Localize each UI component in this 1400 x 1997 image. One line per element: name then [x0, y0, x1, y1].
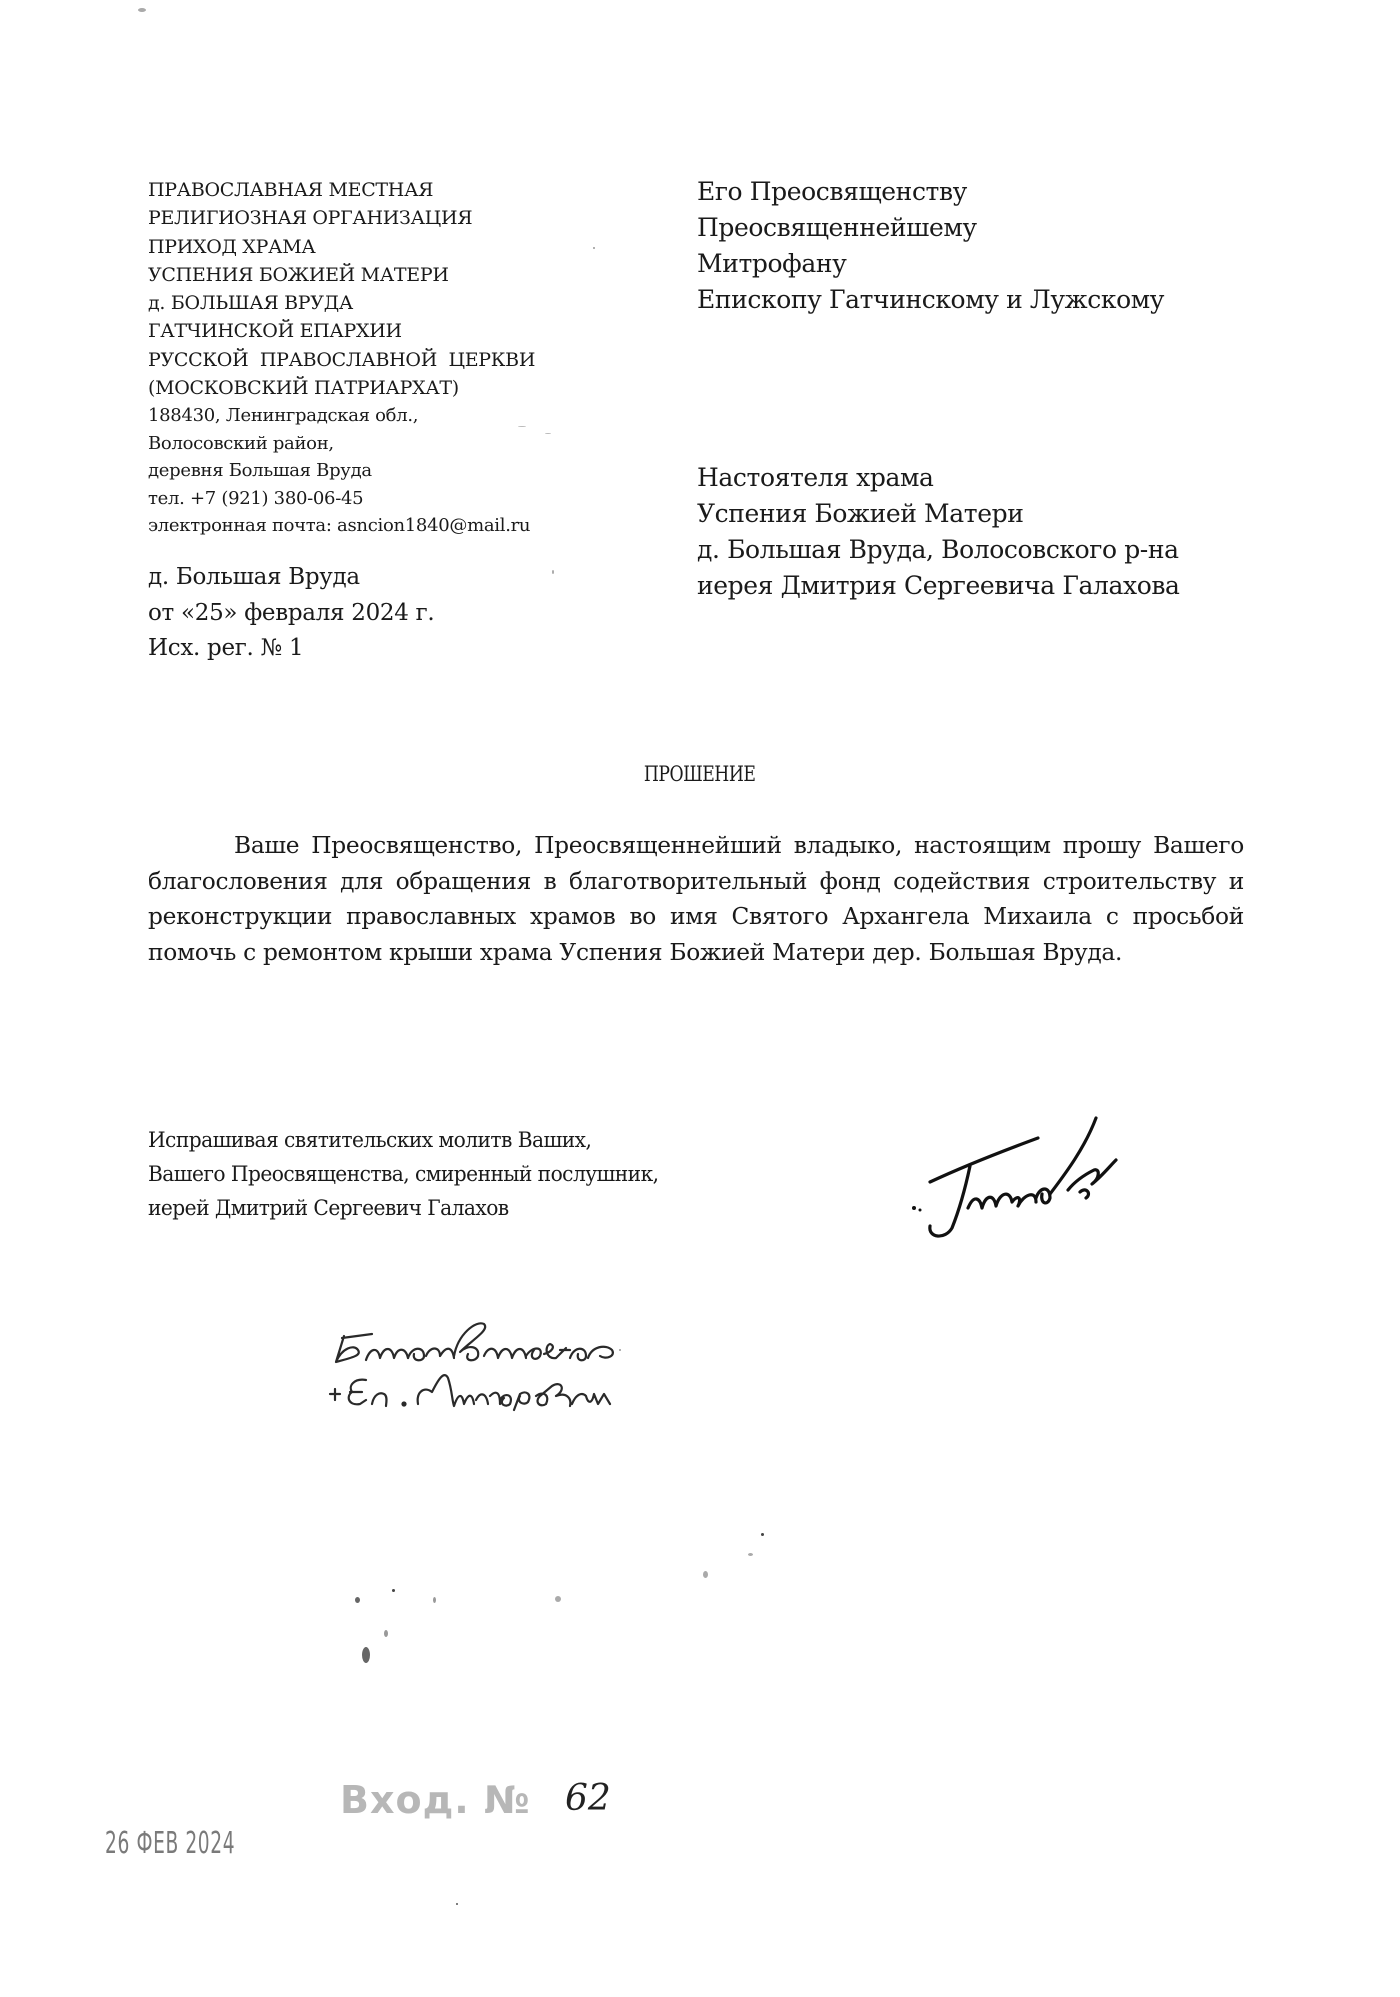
- speck: [355, 1597, 360, 1603]
- incoming-number-handwritten: 62: [565, 1778, 611, 1819]
- sender-block: Настоятеля храма Успения Божией Матери д…: [697, 460, 1180, 604]
- sender-org-header: ПРАВОСЛАВНАЯ МЕСТНАЯ РЕЛИГИОЗНАЯ ОРГАНИЗ…: [148, 176, 648, 540]
- sender-line: иерея Дмитрия Сергеевича Галахова: [697, 568, 1180, 604]
- sender-org-name: ПРАВОСЛАВНАЯ МЕСТНАЯ РЕЛИГИОЗНАЯ ОРГАНИЗ…: [148, 176, 648, 402]
- closing-line: иерей Дмитрий Сергеевич Галахов: [148, 1192, 659, 1226]
- sender-line: д. Большая Вруда, Волосовского р-на: [697, 532, 1180, 568]
- place-date-reg: д. Большая Вруда от «25» февраля 2024 г.…: [148, 560, 434, 667]
- outgoing-reg-number: Исх. рег. № 1: [148, 631, 434, 667]
- speck: [433, 1597, 436, 1603]
- addressee-line: Преосвященнейшему: [697, 210, 1164, 246]
- speck: [384, 1630, 388, 1637]
- speck: [703, 1571, 708, 1578]
- date-line: от «25» февраля 2024 г.: [148, 596, 434, 632]
- address-line: Волосовский район,: [148, 430, 648, 458]
- petition-body: Ваше Преосвященство, Преосвященнейший вл…: [148, 828, 1244, 970]
- place-line: д. Большая Вруда: [148, 560, 434, 596]
- speck: [555, 1596, 561, 1602]
- document-title: ПРОШЕНИЕ: [126, 762, 1274, 786]
- body-paragraph: Ваше Преосвященство, Преосвященнейший вл…: [148, 828, 1244, 970]
- address-line: 188430, Ленинградская обл.,: [148, 402, 648, 430]
- org-line: ПРИХОД ХРАМА: [148, 233, 648, 261]
- closing-block: Испрашивая святительских молитв Ваших, В…: [148, 1124, 659, 1226]
- speck: [761, 1533, 764, 1536]
- addressee-line: Митрофану: [697, 246, 1164, 282]
- speck: [518, 426, 526, 427]
- org-line: д. БОЛЬШАЯ ВРУДА: [148, 289, 648, 317]
- sender-line: Успения Божией Матери: [697, 496, 1180, 532]
- speck: [552, 570, 554, 574]
- incoming-number-stamp-label: Вход. №: [340, 1778, 531, 1822]
- speck: [392, 1589, 395, 1592]
- org-line: УСПЕНИЯ БОЖИЕЙ МАТЕРИ: [148, 261, 648, 289]
- speck: [748, 1553, 753, 1556]
- addressee-line: Его Преосвященству: [697, 174, 1164, 210]
- speck: [362, 1647, 370, 1663]
- email-line: электронная почта: asncion1840@mail.ru: [148, 512, 648, 540]
- speck: [138, 8, 146, 12]
- addressee-block: Его Преосвященству Преосвященнейшему Мит…: [697, 174, 1164, 318]
- received-date-stamp: 26 ФЕВ 2024: [105, 1826, 235, 1861]
- speck: [456, 1903, 458, 1905]
- closing-line: Испрашивая святительских молитв Ваших,: [148, 1124, 659, 1158]
- sender-address: 188430, Ленинградская обл., Волосовский …: [148, 402, 648, 540]
- handwritten-resolution: Благословляется: [300, 1300, 700, 1420]
- phone-line: тел. +7 (921) 380-06-45: [148, 485, 648, 513]
- speck: [593, 247, 595, 249]
- org-line: ГАТЧИНСКОЙ ЕПАРХИИ: [148, 317, 648, 345]
- speck: [545, 433, 551, 434]
- closing-line: Вашего Преосвященства, смиренный послушн…: [148, 1158, 659, 1192]
- org-line: РЕЛИГИОЗНАЯ ОРГАНИЗАЦИЯ: [148, 204, 648, 232]
- sender-line: Настоятеля храма: [697, 460, 1180, 496]
- org-line: РУССКОЙ ПРАВОСЛАВНОЙ ЦЕРКВИ: [148, 346, 648, 374]
- addressee-line: Епископу Гатчинскому и Лужскому: [697, 282, 1164, 318]
- org-line: ПРАВОСЛАВНАЯ МЕСТНАЯ: [148, 176, 648, 204]
- handwritten-signature: Галахов: [890, 1090, 1130, 1240]
- address-line: деревня Большая Вруда: [148, 457, 648, 485]
- org-line: (МОСКОВСКИЙ ПАТРИАРХАТ): [148, 374, 648, 402]
